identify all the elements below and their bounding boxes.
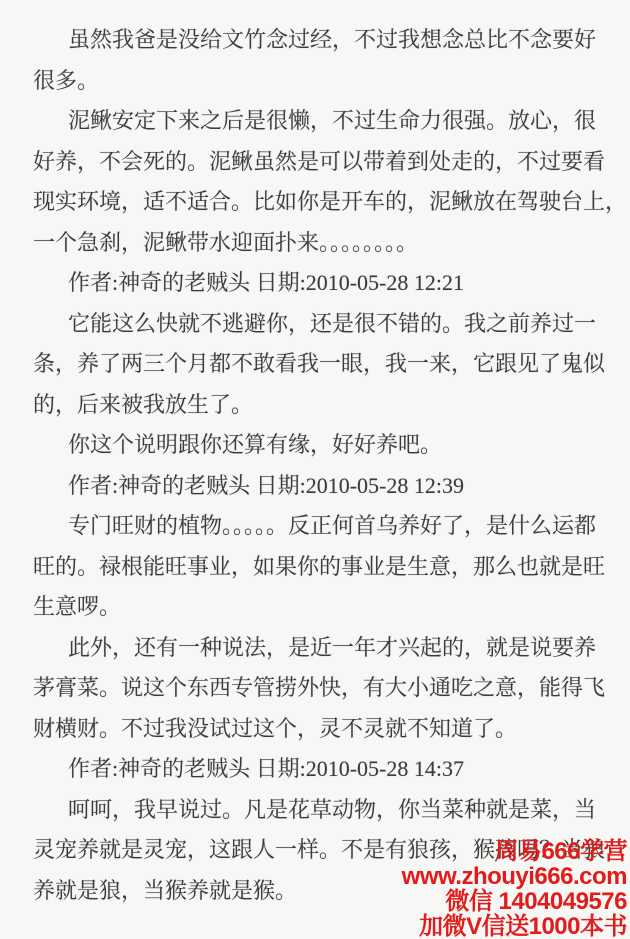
text-line: 虽然我爸是没给文竹念过经，不过我想念总比不念要好 <box>33 20 596 61</box>
post-meta-line: 作者:神奇的老贼头 日期:2010-05-28 14:37 <box>33 749 596 790</box>
text-line: 呵呵，我早说过。凡是花草动物，你当菜种就是菜，当 <box>33 790 596 831</box>
page: 虽然我爸是没给文竹念过经，不过我想念总比不念要好很多。泥鳅安定下来之后是很懒，不… <box>0 0 630 939</box>
watermark-line: 周易666学营 <box>402 839 627 864</box>
scanned-document-page: { "page": { "background_color": "#f7f7f5… <box>0 0 630 939</box>
text-line: 茅膏菜。说这个东西专管捞外快，有大小通吃之意，能得飞 <box>33 668 596 709</box>
text-line: 财横财。不过我没试过这个，灵不灵就不知道了。 <box>33 709 596 750</box>
watermark-line: 微信 1404049576 <box>402 889 627 914</box>
text-line: 很多。 <box>33 61 596 102</box>
watermark: 周易666学营www.zhouyi666.com微信 1404049576加微V… <box>402 839 627 939</box>
watermark-line: 加微V信送1000本书 <box>402 914 627 939</box>
text-line: 你这个说明跟你还算有缘，好好养吧。 <box>33 425 596 466</box>
text-line: 它能这么快就不逃避你，还是很不错的。我之前养过一 <box>33 304 596 345</box>
text-line: 现实环境，适不适合。比如你是开车的，泥鳅放在驾驶台上， <box>33 182 596 223</box>
text-line: 旺的。禄根能旺事业，如果你的事业是生意，那么也就是旺 <box>33 547 596 588</box>
post-meta-line: 作者:神奇的老贼头 日期:2010-05-28 12:39 <box>33 466 596 507</box>
text-line: 条，养了两三个月都不敢看我一眼，我一来，它跟见了鬼似 <box>33 344 596 385</box>
text-line: 的，后来被我放生了。 <box>33 385 596 426</box>
text-line: 生意啰。 <box>33 587 596 628</box>
text-line: 此外，还有一种说法，是近一年才兴起的，就是说要养 <box>33 628 596 669</box>
text-line: 泥鳅安定下来之后是很懒，不过生命力很强。放心，很 <box>33 101 596 142</box>
text-line: 一个急刹，泥鳅带水迎面扑来。。。。。。。。 <box>33 223 596 264</box>
document-text: 虽然我爸是没给文竹念过经，不过我想念总比不念要好很多。泥鳅安定下来之后是很懒，不… <box>33 20 596 911</box>
post-meta-line: 作者:神奇的老贼头 日期:2010-05-28 12:21 <box>33 263 596 304</box>
text-line: 好养，不会死的。泥鳅虽然是可以带着到处走的，不过要看 <box>33 142 596 183</box>
watermark-line: www.zhouyi666.com <box>402 864 627 889</box>
text-line: 专门旺财的植物。。。。。反正何首乌养好了，是什么运都 <box>33 506 596 547</box>
